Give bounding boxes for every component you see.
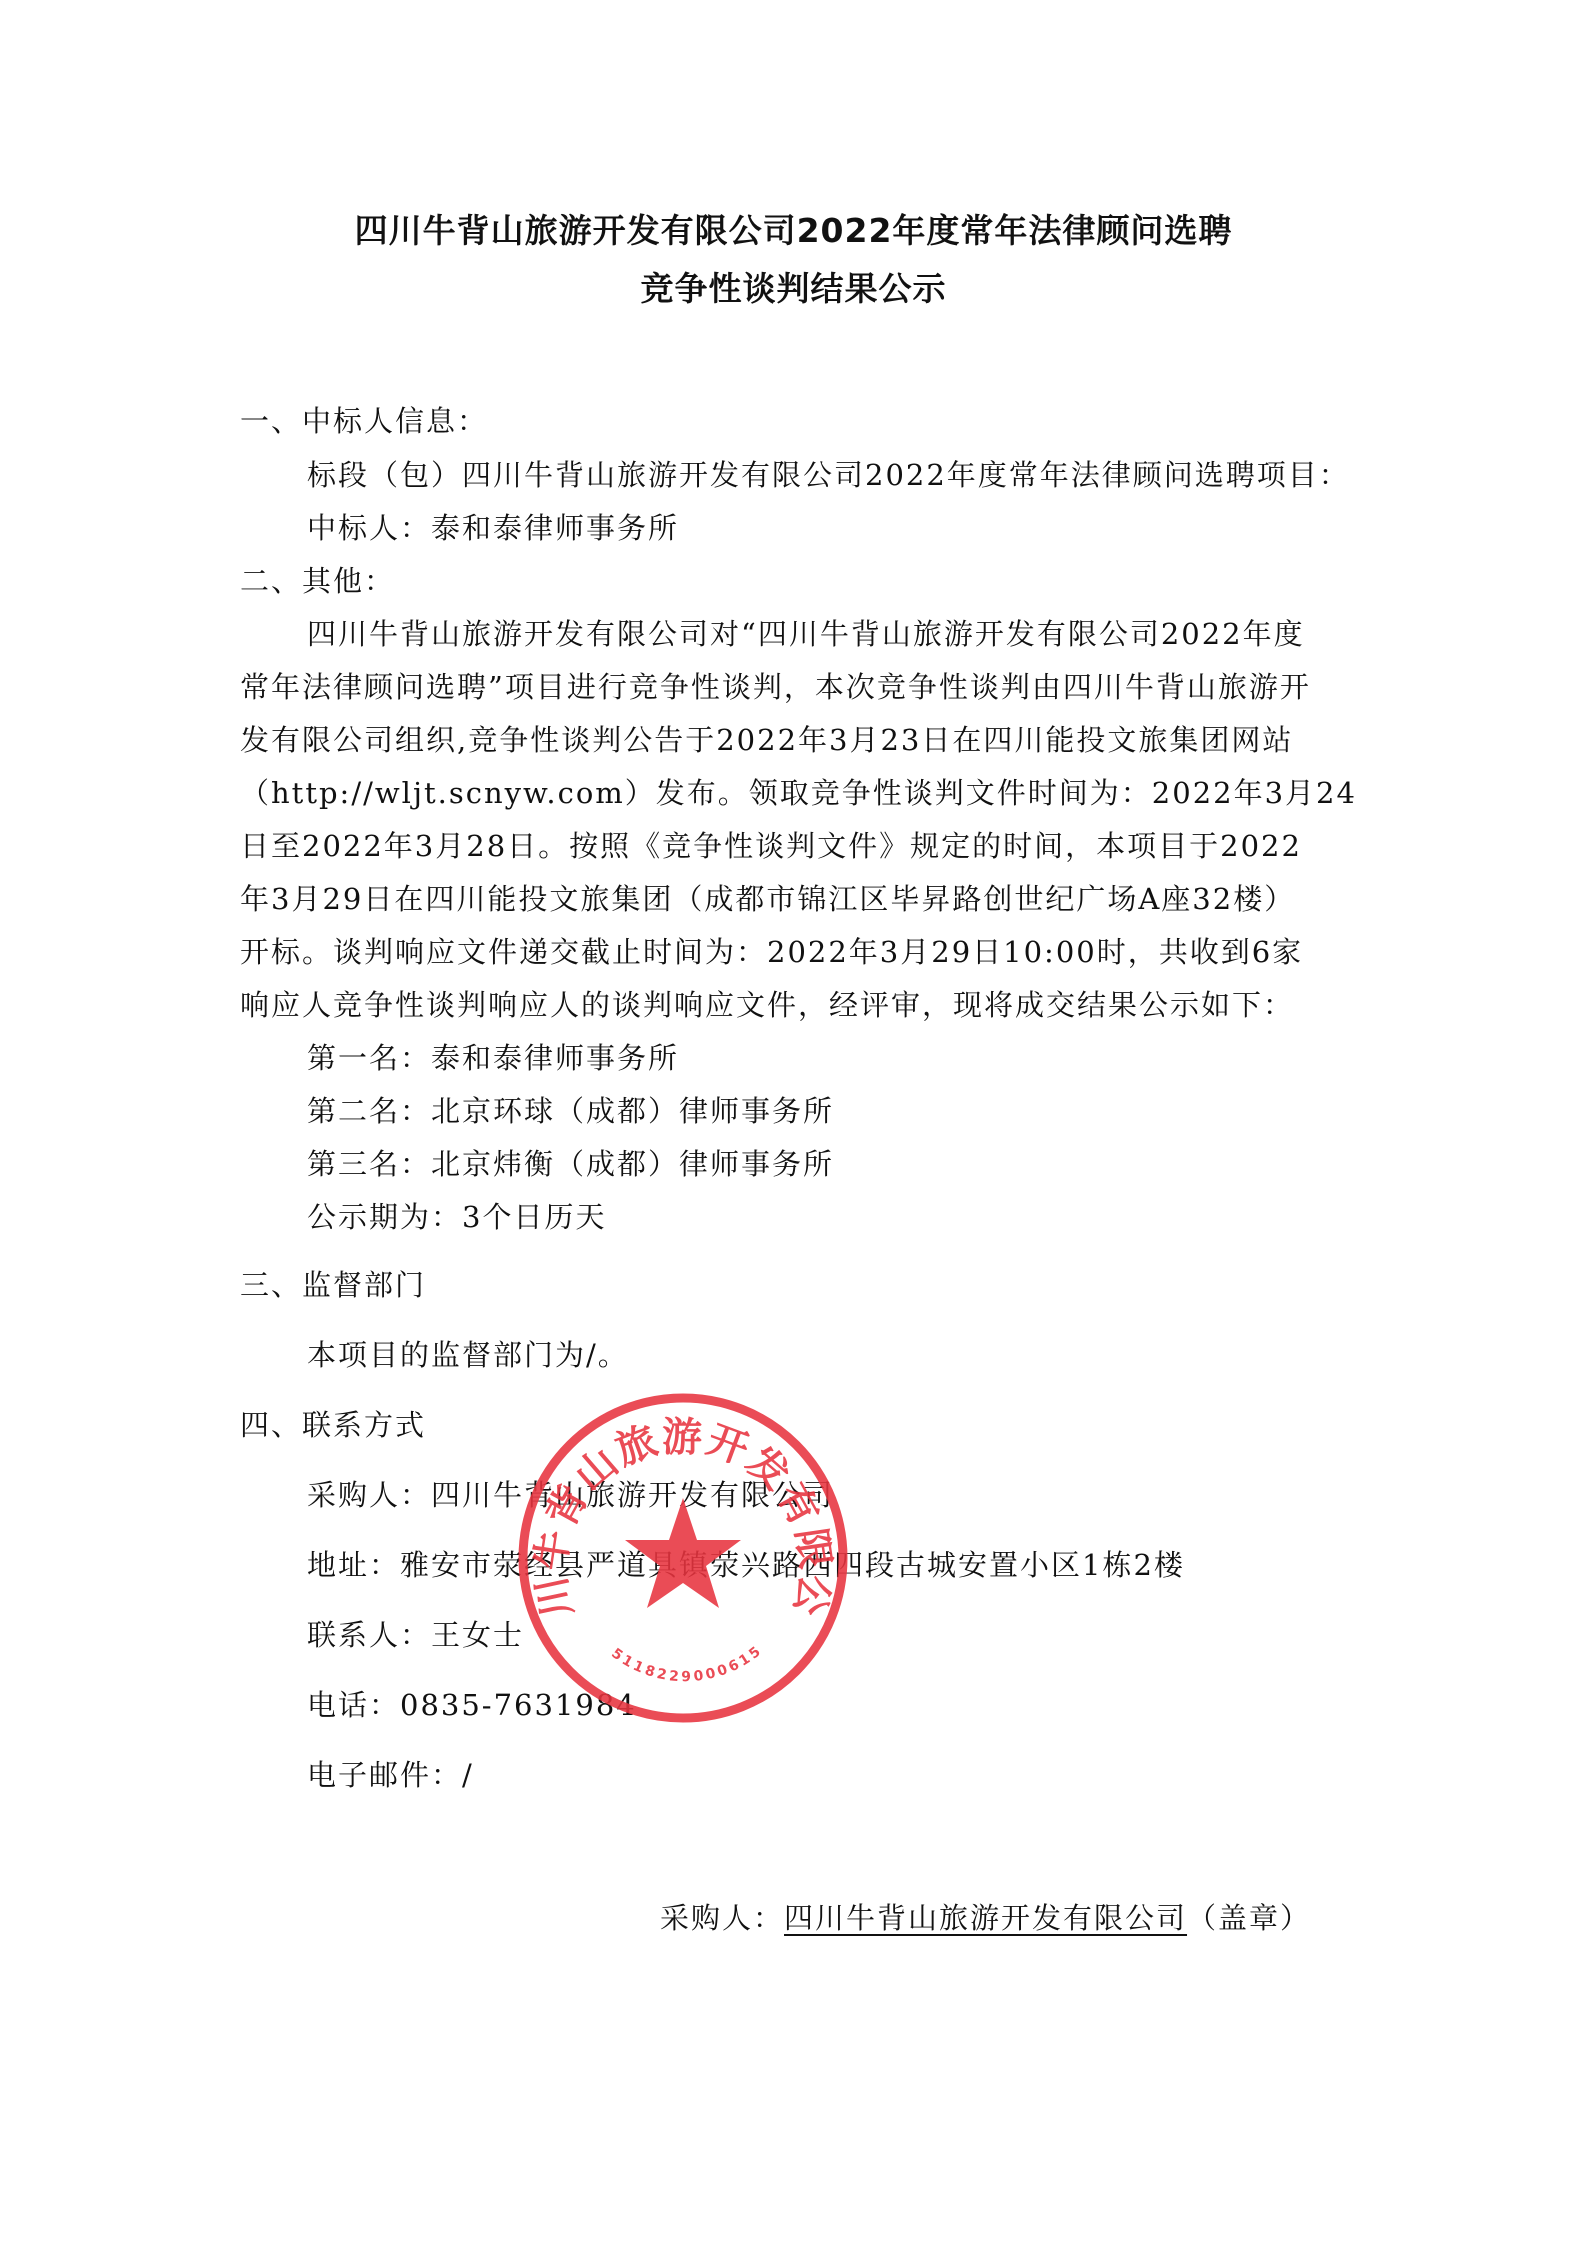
section2-heading: 二、其他： [240, 564, 395, 598]
section2-paragraph-line: 常年法律顾问选聘”项目进行竞争性谈判，本次竞争性谈判由四川牛背山旅游开 [240, 670, 1311, 704]
contact-email: 电子邮件：/ [307, 1758, 474, 1792]
document-page: 四川牛背山旅游开发有限公司2022年度常年法律顾问选聘 竞争性谈判结果公示 一、… [0, 0, 1587, 2245]
section4-heading: 四、联系方式 [240, 1408, 426, 1442]
section2-paragraph-line: 四川牛背山旅游开发有限公司对“四川牛背山旅游开发有限公司2022年度 [307, 617, 1305, 651]
supervision-text: 本项目的监督部门为/。 [307, 1338, 629, 1372]
section2-paragraph-line: 日至2022年3月28日。按照《竞争性谈判文件》规定的时间，本项目于2022 [240, 829, 1302, 863]
contact-address: 地址：雅安市荥经县严道具镇荥兴路西四段古城安置小区1栋2楼 [307, 1548, 1185, 1582]
section3-heading: 三、监督部门 [240, 1268, 426, 1302]
section2-paragraph-line: （http://wljt.scnyw.com）发布。领取竞争性谈判文件时间为：2… [240, 776, 1357, 810]
section2-paragraph-line: 年3月29日在四川能投文旅集团（成都市锦江区毕昇路创世纪广场A座32楼） [240, 882, 1295, 916]
section1-winner: 中标人：泰和泰律师事务所 [307, 511, 679, 545]
signature-suffix: （盖章） [1187, 1901, 1311, 1935]
section1-lot: 标段（包）四川牛背山旅游开发有限公司2022年度常年法律顾问选聘项目： [307, 458, 1350, 492]
section2-paragraph-line: 响应人竞争性谈判响应人的谈判响应文件，经评审，现将成交结果公示如下： [240, 988, 1294, 1022]
ranking-second: 第二名：北京环球（成都）律师事务所 [307, 1094, 834, 1128]
document-title-line2: 竞争性谈判结果公示 [0, 263, 1587, 310]
signature-label: 采购人： [660, 1901, 784, 1935]
svg-text:5118229000615: 5118229000615 [608, 1642, 766, 1685]
section1-heading: 一、中标人信息： [240, 404, 488, 438]
ranking-first: 第一名：泰和泰律师事务所 [307, 1041, 679, 1075]
signature-company: 四川牛背山旅游开发有限公司 [784, 1901, 1187, 1935]
section2-paragraph-line: 开标。谈判响应文件递交截止时间为：2022年3月29日10:00时，共收到6家 [240, 935, 1303, 969]
notice-period: 公示期为：3个日历天 [307, 1200, 606, 1234]
signature-block: 采购人：四川牛背山旅游开发有限公司（盖章） [660, 1901, 1311, 1935]
section2-paragraph-line: 发有限公司组织,竞争性谈判公告于2022年3月23日在四川能投文旅集团网站 [240, 723, 1293, 757]
contact-purchaser: 采购人：四川牛背山旅游开发有限公司 [307, 1478, 834, 1512]
contact-phone: 电话：0835-7631984 [307, 1688, 637, 1722]
ranking-third: 第三名：北京炜衡（成都）律师事务所 [307, 1147, 834, 1181]
contact-person: 联系人：王女士 [307, 1618, 524, 1652]
document-title-line1: 四川牛背山旅游开发有限公司2022年度常年法律顾问选聘 [0, 205, 1587, 252]
